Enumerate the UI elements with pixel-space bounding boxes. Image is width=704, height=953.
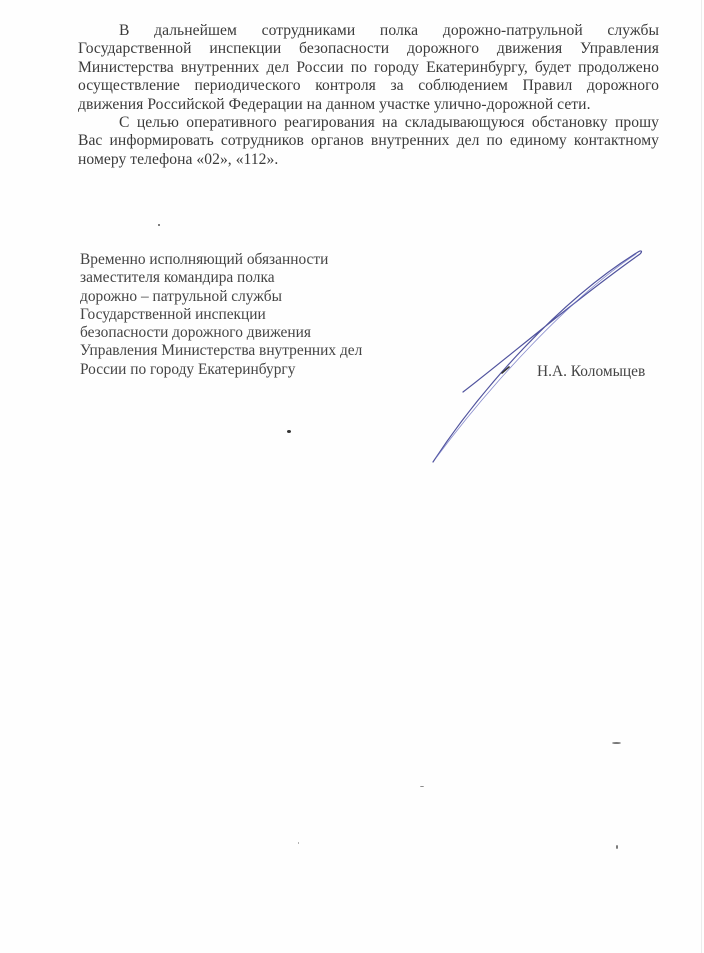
signer-name: Н.А. Коломыцев [537,363,645,381]
stray-mark [616,845,618,849]
signatory-title-line: дорожно – патрульной службы [80,288,362,306]
stray-mark [298,842,299,844]
stray-mark [420,786,424,787]
stray-mark [287,430,291,433]
stray-mark [612,742,621,744]
paragraph-contact-request: С целью оперативного реагирования на скл… [78,114,659,169]
stray-mark [158,224,160,226]
signatory-title-line: заместителя командира полка [80,269,362,287]
signatory-title-line: Временно исполняющий обязанности [80,251,362,269]
signatory-title-line: безопасности дорожного движения [80,324,362,342]
signatory-title-line: Управления Министерства внутренних дел [80,342,362,360]
signatory-title-line: Государственной инспекции [80,306,362,324]
letter-body: В дальнейшем сотрудниками полка дорожно-… [78,22,659,169]
document-page: В дальнейшем сотрудниками полка дорожно-… [0,0,704,953]
scan-edge-line [701,0,702,953]
signatory-title-block: Временно исполняющий обязанности замести… [80,251,362,379]
signatory-title-line: России по городу Екатеринбургу [80,361,362,379]
paragraph-control-notice: В дальнейшем сотрудниками полка дорожно-… [78,22,659,114]
